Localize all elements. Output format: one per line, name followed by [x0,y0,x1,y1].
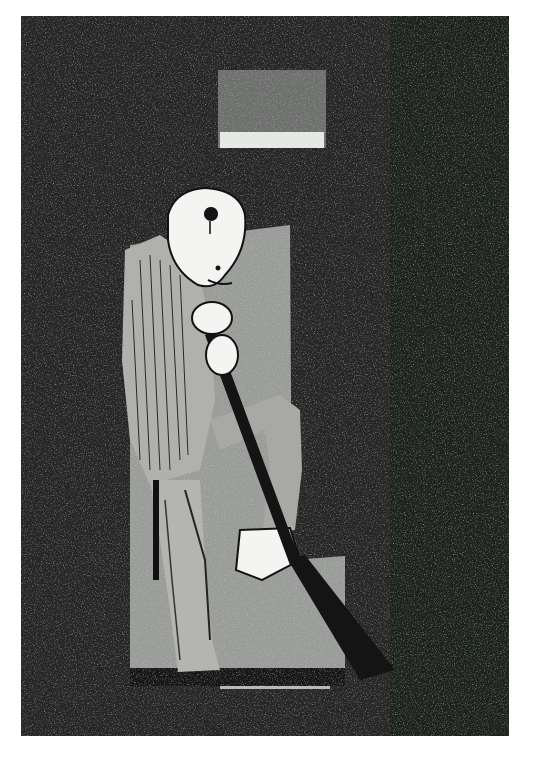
hand-lower [206,335,238,375]
hand-upper [192,302,232,334]
eye [204,207,218,221]
etching-artwork [0,0,535,768]
